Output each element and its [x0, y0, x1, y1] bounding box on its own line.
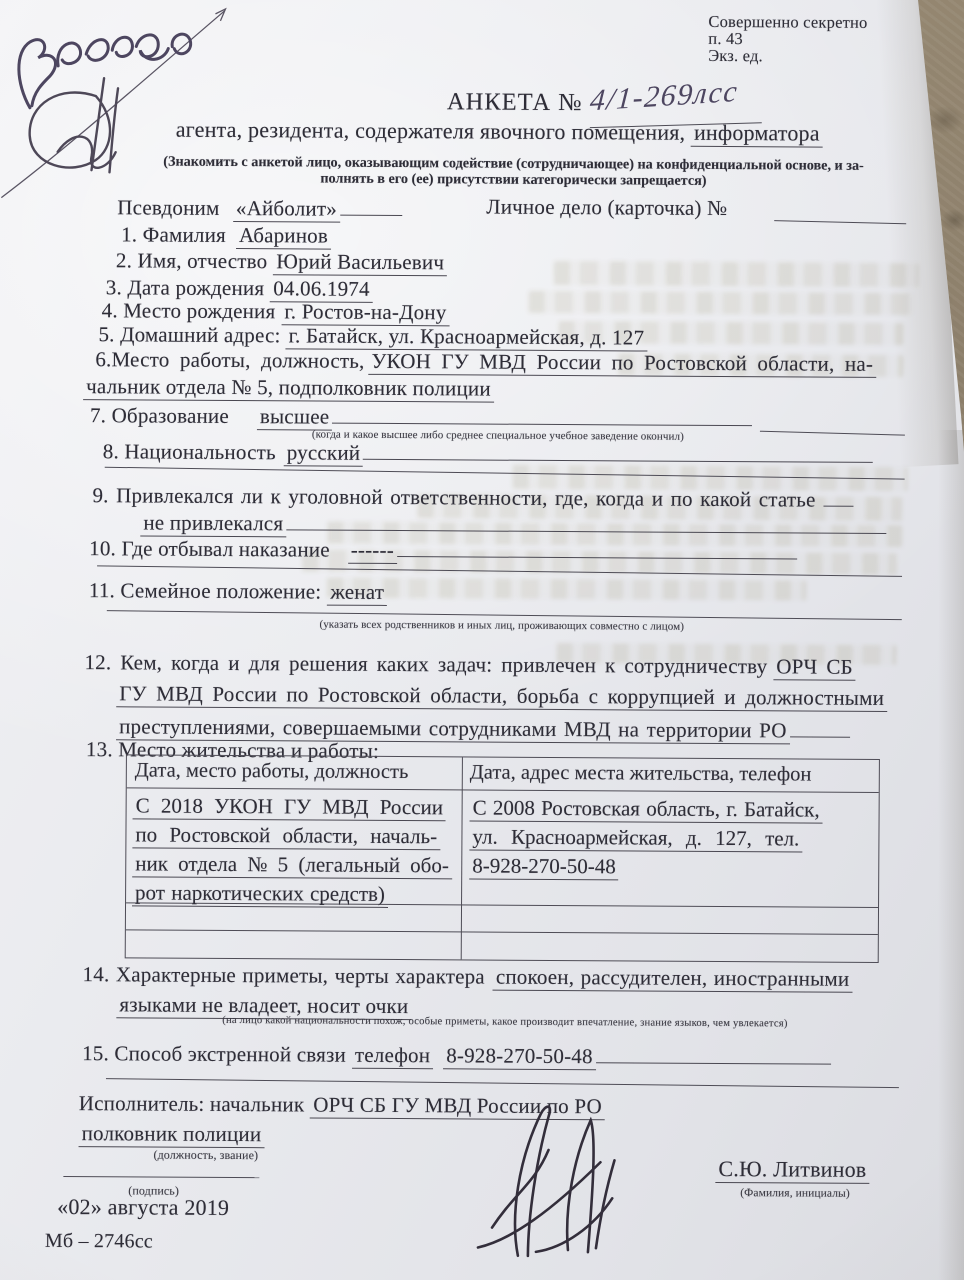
blank-underline — [824, 485, 854, 507]
bleed-through-ghost — [327, 578, 807, 601]
registry-code: Мб – 2746сс — [45, 1230, 153, 1254]
table-row-line — [127, 787, 879, 793]
form-subtitle-underlined: информатора — [691, 120, 823, 148]
handwritten-form-number: 4/1-269лсс — [589, 75, 740, 119]
field-address-value: г. Батайск, ул. Красноармейская, д. 127 — [286, 323, 648, 351]
field-contact-label: 15. Способ экстренной связи — [82, 1041, 346, 1067]
field-name-value: Юрий Васильевич — [273, 249, 447, 276]
secrecy-copy: Экз. ед. — [708, 46, 763, 66]
field-nationality-label: 8. Национальность — [103, 439, 276, 464]
field-nationality-value: русский — [284, 440, 364, 466]
residence-work-table: Дата, место работы, должность Дата, адре… — [125, 754, 880, 963]
case-file-blank — [774, 220, 906, 224]
field-recruited-label: 12. Кем, когда и для решения каких задач… — [84, 650, 767, 678]
blank-underline — [790, 715, 850, 737]
field-traits-label: 14. Характерные приметы, черты характера — [83, 962, 485, 988]
date-value: «02» августа 2019 — [57, 1194, 229, 1221]
field-work-value-1: УКОН ГУ МВД России по Ростовской области… — [368, 349, 876, 378]
field-education-value: высшее — [257, 404, 333, 430]
table-work-line: С 2018 УКОН ГУ МВД России — [133, 793, 447, 821]
field-contact-value: 8-928-270-50-48 — [443, 1043, 596, 1070]
field-recruited-value-2: ГУ МВД России по Ростовской области, бор… — [116, 681, 887, 712]
field-traits-value-1: спокоен, рассудителен, иностранными — [493, 965, 853, 993]
field-work-value-2: чальник отдела № 5, подполковник полиции — [83, 374, 494, 403]
field-name-label: 2. Имя, отчество — [116, 248, 268, 273]
blank-underline — [340, 194, 402, 216]
field-marital-value: женат — [327, 580, 387, 606]
blank-underline — [286, 508, 886, 534]
table-work-line: по Ростовской области, началь- — [132, 822, 440, 850]
blank-underline — [397, 535, 797, 559]
field-contact-method: телефон — [352, 1043, 433, 1069]
table-header-work: Дата, место работы, должность — [135, 759, 409, 784]
table-work-line: рот наркотических средств) — [132, 880, 388, 908]
executor-signature — [448, 1097, 664, 1268]
field-marital-label: 11. Семейное положение: — [89, 578, 322, 603]
table-work-line: ник отдела № 5 (легальный обо- — [132, 851, 452, 879]
field-birthplace-label: 4. Место рождения — [102, 298, 276, 323]
blank-rule — [106, 1078, 899, 1088]
blank-rule — [107, 610, 902, 620]
document-content: Совершенно секретно п. 43 Экз. ед. АНКЕТ… — [0, 0, 964, 1280]
blank-underline — [332, 402, 752, 427]
stray-line — [760, 431, 905, 436]
executor-rank: полковник полиции — [79, 1121, 265, 1148]
case-file-label: Личное дело (карточка) № — [486, 195, 727, 221]
field-address-label: 5. Домашний адрес: — [98, 322, 280, 347]
field-traits-note: (на лицо какой национальности похож, осо… — [222, 1015, 787, 1029]
corner-signature — [29, 78, 118, 173]
form-title: АНКЕТА № — [447, 88, 583, 117]
table-home-line: С 2008 Ростовская область, г. Батайск, — [470, 795, 823, 823]
position-note: (должность, звание) — [153, 1148, 258, 1164]
corner-annotation — [0, 0, 271, 231]
table-header-home: Дата, адрес места жительства, телефон — [470, 761, 812, 786]
table-home-line: 8-928-270-50-48 — [469, 853, 619, 880]
bleed-through-ghost — [554, 261, 919, 287]
signer-note: (Фамилия, инициалы) — [740, 1187, 850, 1200]
table-row-line — [126, 929, 878, 935]
field-sentence-value: ------ — [348, 538, 397, 564]
table-column-divider — [461, 757, 463, 959]
handwritten-note-v-delo — [19, 33, 191, 109]
field-birthplace-value: г. Ростов-на-Дону — [281, 299, 449, 326]
field-education-label: 7. Образование — [90, 403, 229, 428]
bleed-through-ghost — [529, 291, 914, 315]
field-work-label: 6.Место работы, должность, — [95, 347, 364, 373]
scanned-questionnaire-photo: Совершенно секретно п. 43 Экз. ед. АНКЕТ… — [0, 0, 964, 1280]
table-home-line: ул. Красноармейская, д. 127, тел. — [469, 824, 802, 852]
field-recruited-value-1: ОРЧ СБ — [773, 654, 856, 681]
executor-label: Исполнитель: начальник — [79, 1091, 305, 1116]
pencil-arrow-line — [1, 8, 225, 199]
signer-name: С.Ю. Литвинов — [715, 1156, 869, 1184]
field-birthdate-label: 3. Дата рождения — [106, 275, 265, 300]
field-sentence-label: 10. Где отбывал наказание — [89, 536, 330, 561]
blank-underline — [363, 438, 873, 463]
signature-line — [63, 1176, 259, 1178]
field-marital-note: (указать всех родственников и иных лиц, … — [252, 618, 752, 633]
blank-underline — [596, 1041, 831, 1064]
